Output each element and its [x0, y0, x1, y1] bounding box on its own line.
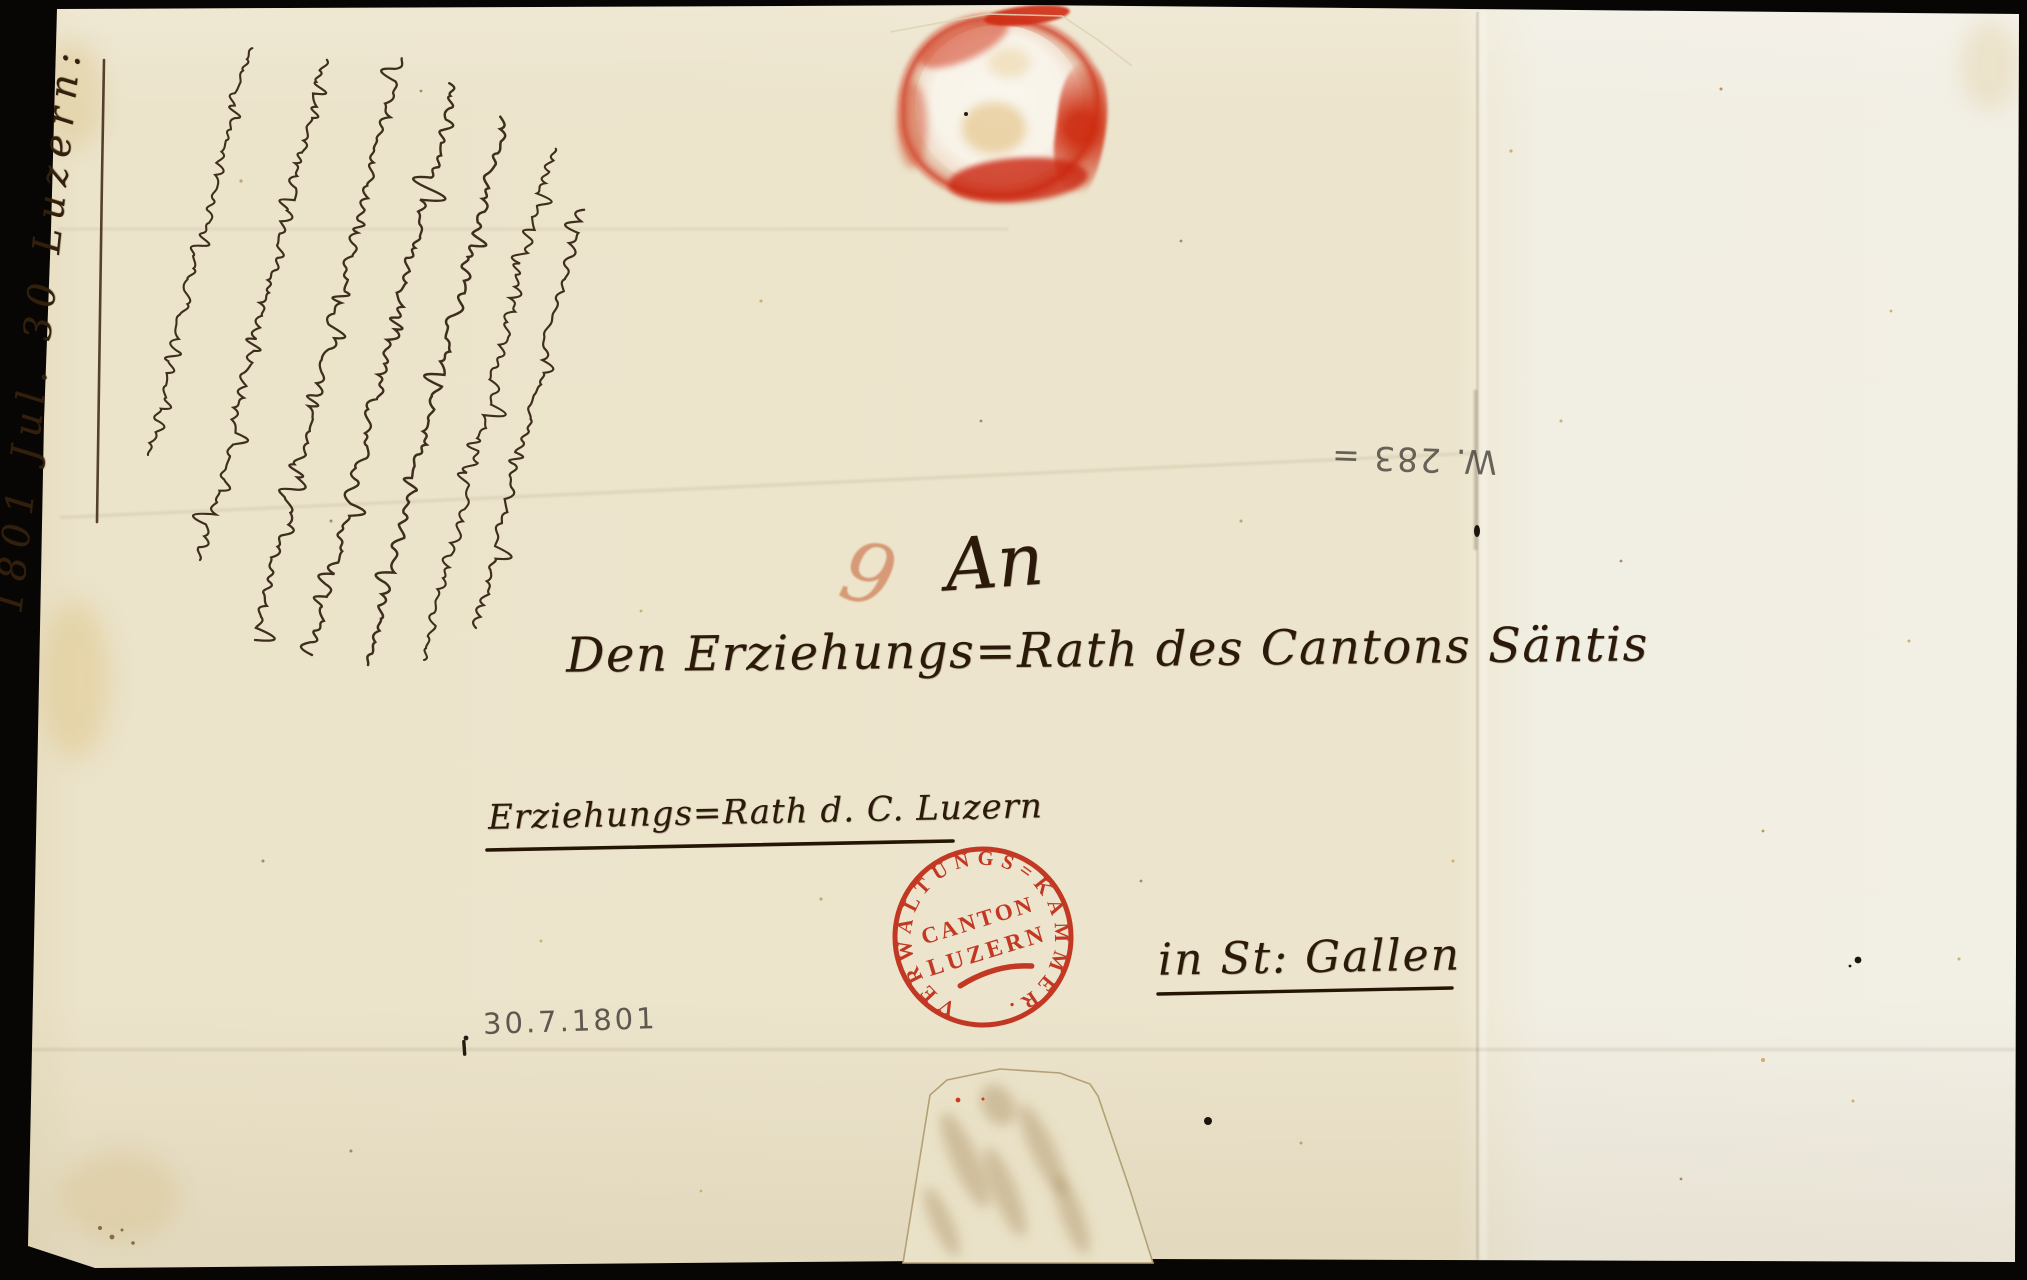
- address-place: in St: Gallen: [1158, 929, 1462, 985]
- address-recipient: Den Erziehungs=Rath des Cantons Säntis: [566, 616, 1649, 683]
- paper-specks: [0, 0, 2, 2]
- address-salutation: An: [942, 517, 1046, 608]
- horizontal-fold-crease: [58, 228, 1008, 230]
- age-stain: [1960, 20, 2020, 110]
- age-stain: [40, 600, 110, 760]
- wax-seal-stain: [988, 48, 1030, 78]
- horizontal-fold-crease: [30, 1048, 2015, 1051]
- wax-seal-stain: [962, 102, 1026, 154]
- pencil-date: 30.7.1801: [482, 1001, 658, 1041]
- age-stain: [60, 1150, 180, 1240]
- archival-number: W. 283 =: [1329, 437, 1497, 482]
- letter-scan: 1801 Jul. 30 Luzern: An Den Erziehungs=R…: [0, 0, 2027, 1280]
- wax-seal-arc: [897, 82, 927, 168]
